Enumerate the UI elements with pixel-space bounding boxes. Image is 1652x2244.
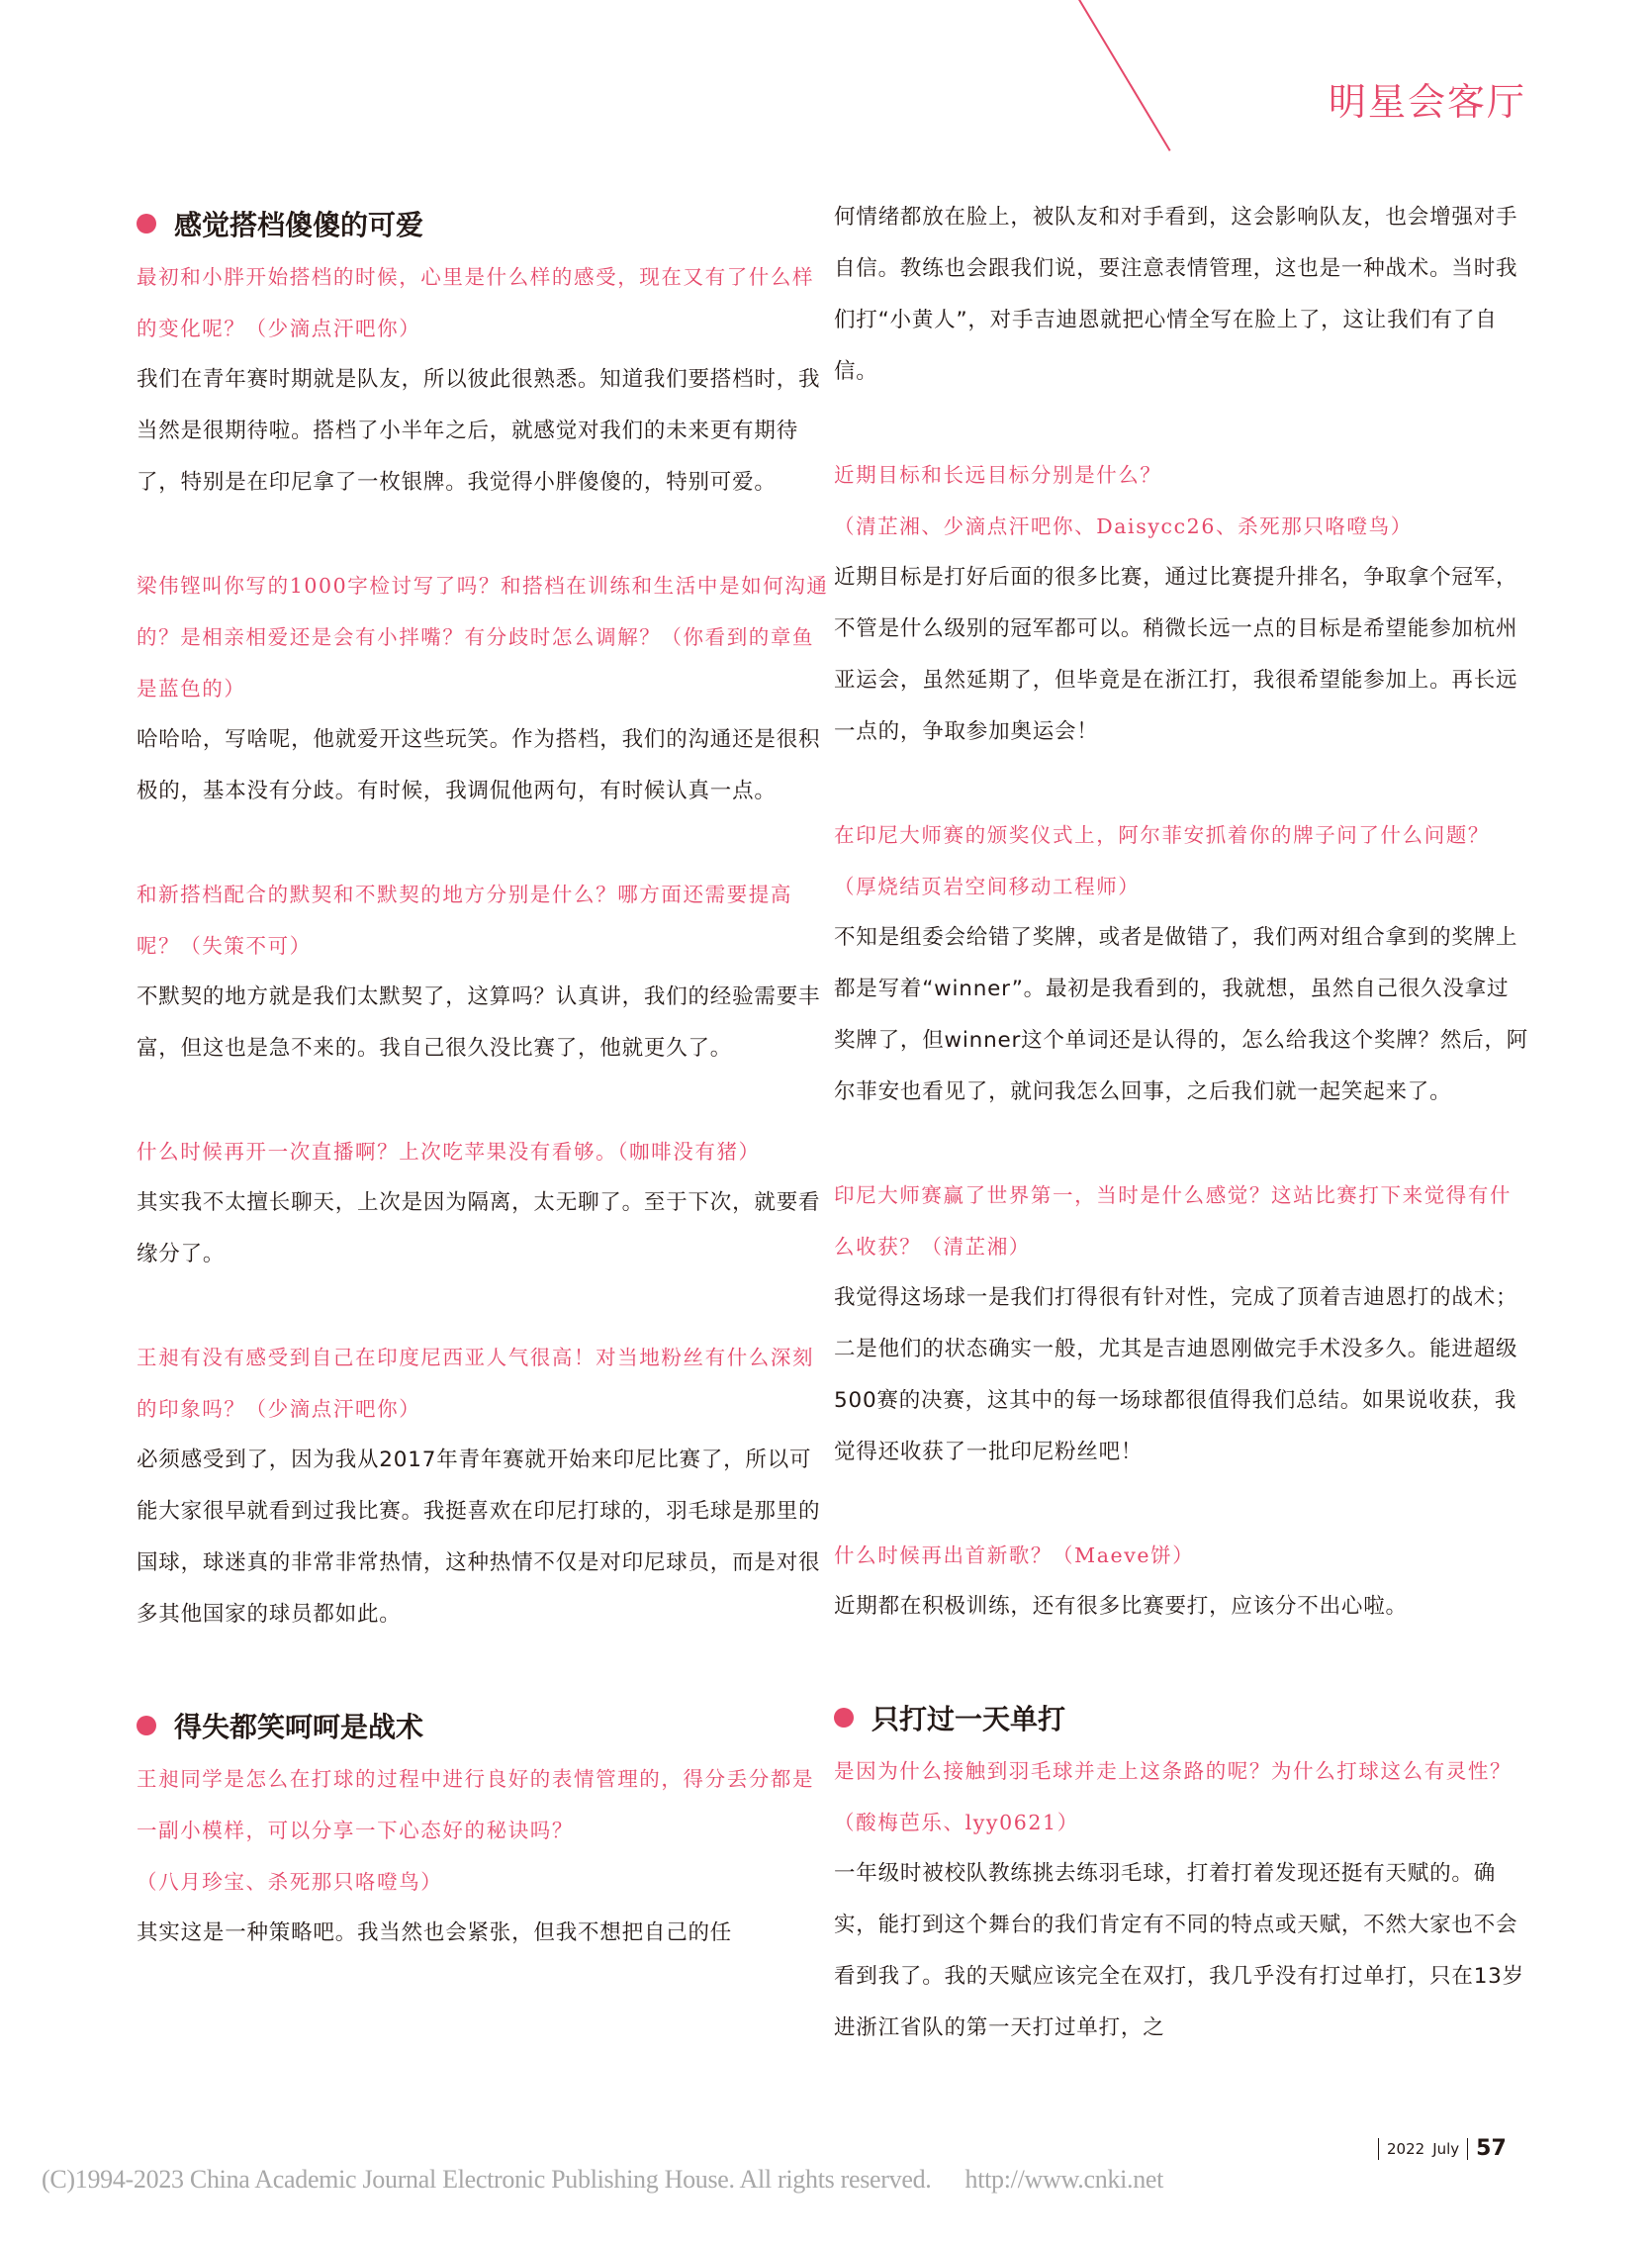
answer-paragraph: 近期都在积极训练，还有很多比赛要打，应该分不出心啦。 bbox=[834, 1581, 1530, 1633]
page-number: 57 bbox=[1476, 2136, 1507, 2161]
answer-paragraph: 一年级时被校队教练挑去练羽毛球，打着打着发现还挺有天赋的。确实，能打到这个舞台的… bbox=[834, 1848, 1530, 2054]
reader-question: 梁伟铿叫你写的1000字检讨写了吗？和搭档在训练和生活中是如何沟通的？是相亲相爱… bbox=[137, 560, 833, 714]
reader-question: 是因为什么接触到羽毛球并走上这条路的呢？为什么打球这么有灵性？（酸梅芭乐、lyy… bbox=[834, 1745, 1530, 1848]
reader-question: 什么时候再出首新歌？（Maeve饼） bbox=[834, 1530, 1530, 1581]
issue-year: 2022 bbox=[1387, 2140, 1424, 2158]
page-footer: 2022 July 57 bbox=[1378, 2136, 1507, 2161]
answer-paragraph: 不默契的地方就是我们太默契了，这算吗？认真讲，我们的经验需要丰富，但这也是急不来… bbox=[137, 972, 833, 1075]
divider bbox=[1467, 2138, 1468, 2160]
answer-paragraph: 其实我不太擅长聊天，上次是因为隔离，太无聊了。至于下次，就要看缘分了。 bbox=[137, 1177, 833, 1280]
column-title: 明星会客厅 bbox=[1329, 71, 1526, 126]
cnki-url: http://www.cnki.net bbox=[965, 2165, 1164, 2194]
answer-paragraph: 必须感受到了，因为我从2017年青年赛就开始来印尼比赛了，所以可能大家很早就看到… bbox=[137, 1435, 833, 1640]
bullet-dot-icon bbox=[137, 214, 156, 234]
bullet-dot-icon bbox=[137, 1716, 156, 1735]
reader-question: 王昶有没有感受到自己在印度尼西亚人气很高！对当地粉丝有什么深刻的印象吗？（少滴点… bbox=[137, 1332, 833, 1435]
reader-question: 印尼大师赛赢了世界第一，当时是什么感觉？这站比赛打下来觉得有什么收获？（清芷湘） bbox=[834, 1169, 1530, 1272]
answer-paragraph: 我觉得这场球一是我们打得很有针对性，完成了顶着吉迪恩打的战术；二是他们的状态确实… bbox=[834, 1272, 1530, 1478]
right-column: 何情绪都放在脸上，被队友和对手看到，这会影响队友，也会增强对手自信。教练也会跟我… bbox=[834, 200, 1530, 2054]
copyright-notice: (C)1994-2023 China Academic Journal Elec… bbox=[42, 2165, 1163, 2195]
issue-month: July bbox=[1432, 2140, 1459, 2158]
reader-question: 和新搭档配合的默契和不默契的地方分别是什么？哪方面还需要提高呢？（失策不可） bbox=[137, 869, 833, 972]
section-heading-text: 感觉搭档傻傻的可爱 bbox=[174, 204, 423, 243]
divider bbox=[1378, 2138, 1379, 2160]
answer-paragraph: 不知是组委会给错了奖牌，或者是做错了，我们两对组合拿到的奖牌上都是写着“winn… bbox=[834, 912, 1530, 1118]
answer-paragraph: 近期目标是打好后面的很多比赛，通过比赛提升排名，争取拿个冠军，不管是什么级别的冠… bbox=[834, 552, 1530, 758]
section-heading-text: 得失都笑呵呵是战术 bbox=[174, 1706, 423, 1745]
reader-question-askers: （八月珍宝、杀死那只咯噔鸟） bbox=[137, 1856, 833, 1908]
reader-question: 什么时候再开一次直播啊？上次吃苹果没有看够。（咖啡没有猪） bbox=[137, 1126, 833, 1177]
left-column: 感觉搭档傻傻的可爱 最初和小胖开始搭档的时候，心里是什么样的感受，现在又有了什么… bbox=[137, 200, 833, 1959]
answer-paragraph: 哈哈哈，写啥呢，他就爱开这些玩笑。作为搭档，我们的沟通还是很积极的，基本没有分歧… bbox=[137, 714, 833, 817]
decorative-diagonal-line bbox=[1072, 0, 1171, 151]
section-heading: 得失都笑呵呵是战术 bbox=[137, 1702, 833, 1749]
reader-question: 在印尼大师赛的颁奖仪式上，阿尔菲安抓着你的牌子问了什么问题？（厚烧结页岩空间移动… bbox=[834, 809, 1530, 912]
bullet-dot-icon bbox=[834, 1708, 854, 1728]
section-heading: 感觉搭档傻傻的可爱 bbox=[137, 200, 833, 247]
answer-paragraph: 我们在青年赛时期就是队友，所以彼此很熟悉。知道我们要搭档时，我当然是很期待啦。搭… bbox=[137, 354, 833, 509]
reader-question: 最初和小胖开始搭档的时候，心里是什么样的感受，现在又有了什么样的变化呢？（少滴点… bbox=[137, 251, 833, 354]
reader-question-askers: （清芷湘、少滴点汗吧你、Daisycc26、杀死那只咯噔鸟） bbox=[834, 501, 1530, 552]
answer-paragraph-continued: 何情绪都放在脸上，被队友和对手看到，这会影响队友，也会增强对手自信。教练也会跟我… bbox=[834, 192, 1530, 398]
reader-question: 王昶同学是怎么在打球的过程中进行良好的表情管理的，得分丢分都是一副小模样，可以分… bbox=[137, 1753, 833, 1856]
copyright-text: (C)1994-2023 China Academic Journal Elec… bbox=[42, 2165, 932, 2194]
answer-paragraph: 其实这是一种策略吧。我当然也会紧张，但我不想把自己的任 bbox=[137, 1908, 833, 1959]
reader-question: 近期目标和长远目标分别是什么？ bbox=[834, 449, 1530, 501]
section-heading-text: 只打过一天单打 bbox=[872, 1698, 1065, 1737]
section-heading: 只打过一天单打 bbox=[834, 1694, 1530, 1741]
